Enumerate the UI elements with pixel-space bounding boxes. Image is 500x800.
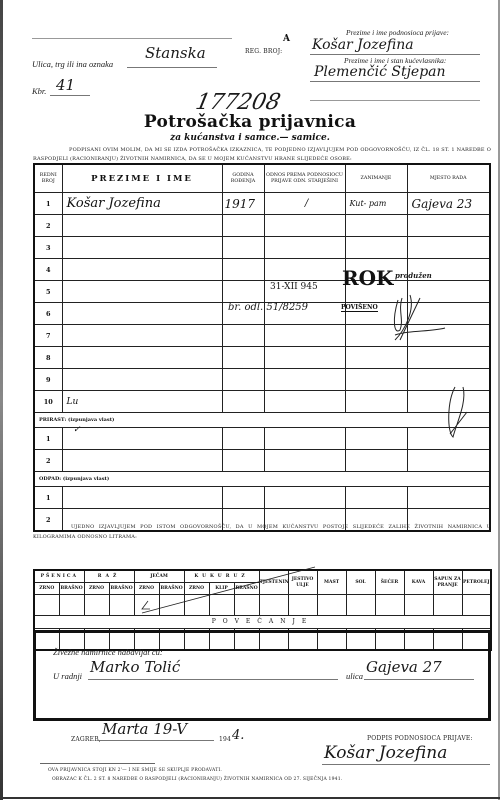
name-cell[interactable] bbox=[62, 215, 222, 237]
name-cell[interactable] bbox=[62, 369, 222, 391]
form-subtitle: za kućanstva i samce.— samice. bbox=[0, 133, 500, 143]
checkmark: ✓ bbox=[73, 425, 81, 435]
owner-value: Plemenčić Stjepan bbox=[314, 64, 446, 80]
year-prefix: 194 bbox=[219, 736, 231, 743]
name-cell[interactable] bbox=[62, 428, 222, 450]
table-row: 2 bbox=[34, 215, 490, 237]
col-header-workplace: MJESTO RADA bbox=[407, 164, 490, 193]
occupation-cell[interactable] bbox=[345, 428, 407, 450]
form-title: Potrošačka prijavnica bbox=[0, 112, 500, 132]
stock-cell[interactable] bbox=[462, 595, 491, 616]
intro-declaration: PODPISANI OVIM MOLIM, DA MI SE IZDA POTR… bbox=[33, 146, 491, 164]
name-cell[interactable]: Košar Jozefina bbox=[62, 193, 222, 215]
reg-broj-label: REG. BROJ: bbox=[245, 48, 282, 55]
prirast-section-header: PRIRAST: (izpunjava vlast) bbox=[34, 413, 490, 428]
stock-cell[interactable] bbox=[404, 595, 433, 616]
stock-col-lard: MAST bbox=[317, 570, 346, 595]
birth-year-cell[interactable] bbox=[222, 259, 264, 281]
col-header-birth-year: GODINA ROĐENJA bbox=[222, 164, 264, 193]
birth-year-cell[interactable] bbox=[222, 237, 264, 259]
handwritten-mark-icon bbox=[445, 382, 475, 442]
row-number: 4 bbox=[34, 259, 62, 281]
occupation-cell[interactable] bbox=[345, 237, 407, 259]
price-note: OVA PRIJAVNICA STOJI KN 2'— I NE SMIJE S… bbox=[48, 768, 222, 773]
workplace-cell[interactable] bbox=[407, 450, 490, 472]
increase-label: POVEĆANJE bbox=[34, 616, 491, 629]
birth-year-cell[interactable] bbox=[222, 281, 264, 303]
relation-cell[interactable] bbox=[264, 487, 345, 509]
stamp-extended: produžen bbox=[395, 271, 432, 280]
shop-field[interactable]: Marko Tolić bbox=[88, 661, 338, 680]
relation-cell[interactable] bbox=[264, 259, 345, 281]
birth-year-cell[interactable] bbox=[222, 391, 264, 413]
col-header-name: PREZIME I IME bbox=[62, 164, 222, 193]
prirast-label: PRIRAST: (izpunjava vlast) bbox=[34, 413, 490, 428]
relation-cell[interactable] bbox=[264, 428, 345, 450]
birth-year-cell[interactable] bbox=[222, 369, 264, 391]
stock-cell[interactable] bbox=[109, 595, 134, 616]
table-row: 9 bbox=[34, 369, 490, 391]
name-cell[interactable] bbox=[62, 487, 222, 509]
strike-through-line-icon bbox=[140, 565, 320, 615]
procurement-box: Živežne namirnice nabavljat ću: U radnji… bbox=[33, 630, 491, 721]
city-label: ZAGREB, bbox=[71, 736, 101, 743]
stock-col-kerosene: PETROLEJ bbox=[462, 570, 491, 595]
stamp-rok: ROK bbox=[342, 266, 393, 290]
row-number: 1 bbox=[34, 193, 62, 215]
table-row: 1 Košar Jozefina 1917 / Kut- pam Gajeva … bbox=[34, 193, 490, 215]
house-no-field[interactable]: 41 bbox=[50, 80, 90, 96]
street-field[interactable]: Stanska bbox=[127, 52, 217, 68]
occupation-cell[interactable] bbox=[345, 215, 407, 237]
odpad-section-header: ODPAD: (izpunjava vlast) bbox=[34, 472, 490, 487]
shop-street-field[interactable]: Gajeva 27 bbox=[364, 661, 474, 680]
date-field[interactable]: Marta 19-V bbox=[98, 720, 214, 741]
name-cell[interactable] bbox=[62, 450, 222, 472]
birth-year-cell[interactable] bbox=[222, 347, 264, 369]
stock-col-coffee: KAVA bbox=[404, 570, 433, 595]
birth-year-cell[interactable] bbox=[222, 487, 264, 509]
house-no-value: 41 bbox=[56, 76, 75, 94]
stock-cell[interactable] bbox=[317, 595, 346, 616]
workplace-cell[interactable] bbox=[407, 237, 490, 259]
stock-cell[interactable] bbox=[59, 595, 84, 616]
stock-sub-wheat-flour: BRAŠNO bbox=[59, 583, 84, 595]
col-header-relation: ODNOS PREMA PODNOSIOCU PRIJAVE ODN. STAR… bbox=[264, 164, 345, 193]
row-number: 5 bbox=[34, 281, 62, 303]
stock-sub-rye-flour: BRAŠNO bbox=[109, 583, 134, 595]
relation-cell[interactable]: / bbox=[264, 193, 345, 215]
name-cell[interactable] bbox=[62, 347, 222, 369]
table-row: 1 bbox=[34, 487, 490, 509]
header-rule bbox=[32, 38, 232, 39]
street-value: Stanska bbox=[145, 44, 206, 62]
row-number: 2 bbox=[34, 450, 62, 472]
reference-note: br. odl. 51/8259 bbox=[228, 302, 308, 313]
relation-cell[interactable] bbox=[264, 325, 345, 347]
house-no-label: Kbr. bbox=[32, 86, 46, 96]
footer-rule bbox=[40, 763, 155, 764]
stock-cell[interactable] bbox=[84, 595, 109, 616]
row-number: 2 bbox=[34, 215, 62, 237]
relation-cell[interactable] bbox=[264, 237, 345, 259]
relation-cell[interactable] bbox=[264, 391, 345, 413]
date-value: Marta 19-V bbox=[102, 720, 187, 738]
owner-field[interactable]: Plemenčić Stjepan bbox=[310, 64, 480, 82]
birth-year-cell[interactable] bbox=[222, 215, 264, 237]
occupation-cell[interactable]: Kut- pam bbox=[345, 193, 407, 215]
birth-year-cell[interactable] bbox=[222, 325, 264, 347]
procurement-intro: Živežne namirnice nabavljat ću: bbox=[53, 647, 163, 657]
stock-cell[interactable] bbox=[375, 595, 404, 616]
occupation-cell[interactable] bbox=[345, 369, 407, 391]
relation-cell[interactable] bbox=[264, 450, 345, 472]
row-number: 8 bbox=[34, 347, 62, 369]
stock-col-sugar: ŠEĆER bbox=[375, 570, 404, 595]
row-number: 1 bbox=[34, 428, 62, 450]
stamp-increased: POVIŠENO bbox=[341, 304, 378, 312]
row-number: 1 bbox=[34, 487, 62, 509]
applicant-label: Prezime i ime podnosioca prijave: bbox=[346, 28, 449, 37]
birth-year-cell[interactable] bbox=[222, 428, 264, 450]
signature-label: PODPIS PODNOSIOCA PRIJAVE: bbox=[367, 735, 473, 742]
shop-label: U radnji bbox=[53, 671, 82, 681]
name-cell[interactable] bbox=[62, 325, 222, 347]
odpad-label: ODPAD: (izpunjava vlast) bbox=[34, 472, 490, 487]
name-cell[interactable] bbox=[62, 259, 222, 281]
year-suffix: 4. bbox=[232, 728, 244, 743]
row-number: 9 bbox=[34, 369, 62, 391]
stock-group-wheat: PŠENICA bbox=[34, 570, 84, 583]
signature-value: Košar Jozefina bbox=[324, 743, 447, 763]
table-row: 10Lu bbox=[34, 391, 490, 413]
name-cell[interactable] bbox=[62, 303, 222, 325]
row-number: 7 bbox=[34, 325, 62, 347]
workplace-cell[interactable] bbox=[407, 215, 490, 237]
table-row: 2 bbox=[34, 450, 490, 472]
relation-cell[interactable] bbox=[264, 369, 345, 391]
stocks-declaration: UJEDNO IZJAVLJUJEM POD ISTOM ODGOVORNOŠĆ… bbox=[33, 522, 491, 542]
occupation-cell[interactable] bbox=[345, 391, 407, 413]
stock-col-salt: SOL bbox=[346, 570, 375, 595]
signature-field[interactable]: Košar Jozefina bbox=[322, 742, 490, 765]
relation-cell[interactable] bbox=[264, 215, 345, 237]
name-cell[interactable]: Lu bbox=[62, 391, 222, 413]
stock-cell[interactable] bbox=[346, 595, 375, 616]
birth-year-cell[interactable] bbox=[222, 450, 264, 472]
stock-cell[interactable] bbox=[34, 595, 59, 616]
birth-year-cell[interactable]: 1917 bbox=[222, 193, 264, 215]
stock-sub-wheat-grain: ZRNO bbox=[34, 583, 59, 595]
applicant-value: Košar Jozefina bbox=[312, 37, 414, 53]
shop-value: Marko Tolić bbox=[90, 658, 180, 676]
name-cell[interactable] bbox=[62, 281, 222, 303]
row-number: 10 bbox=[34, 391, 62, 413]
street-label: Ulica, trg ili ina oznaka bbox=[32, 59, 113, 69]
row-number: 3 bbox=[34, 237, 62, 259]
stock-group-rye: RAŽ bbox=[84, 570, 134, 583]
relation-cell[interactable] bbox=[264, 347, 345, 369]
shop-street-value: Gajeva 27 bbox=[366, 658, 442, 676]
handwritten-initials-icon bbox=[390, 290, 450, 350]
table-row: 3 bbox=[34, 237, 490, 259]
name-cell[interactable] bbox=[62, 237, 222, 259]
occupation-cell[interactable] bbox=[345, 450, 407, 472]
header-rule-right bbox=[310, 100, 480, 101]
shop-street-label: ulica bbox=[346, 671, 363, 681]
row-number: 6 bbox=[34, 303, 62, 325]
applicant-field[interactable]: Košar Jozefina bbox=[310, 38, 480, 55]
scan-border-bottom bbox=[0, 797, 500, 799]
date-note: 31-XII 945 bbox=[270, 282, 318, 292]
table-row: 1 bbox=[34, 428, 490, 450]
workplace-cell[interactable] bbox=[407, 487, 490, 509]
stock-cell[interactable] bbox=[433, 595, 462, 616]
col-header-no: REDNI BROJ bbox=[34, 164, 62, 193]
stock-sub-rye-grain: ZRNO bbox=[84, 583, 109, 595]
col-header-occupation: ZANIMANJE bbox=[345, 164, 407, 193]
form-letter: A bbox=[283, 34, 290, 44]
stock-col-soap: SAPUN ZA PRANJE bbox=[433, 570, 462, 595]
form-reference-note: OBRAZAC K ČL. 2 ST. 8 NAREDBE O RASPODJE… bbox=[52, 777, 342, 782]
workplace-cell[interactable]: Gajeva 23 bbox=[407, 193, 490, 215]
occupation-cell[interactable] bbox=[345, 487, 407, 509]
